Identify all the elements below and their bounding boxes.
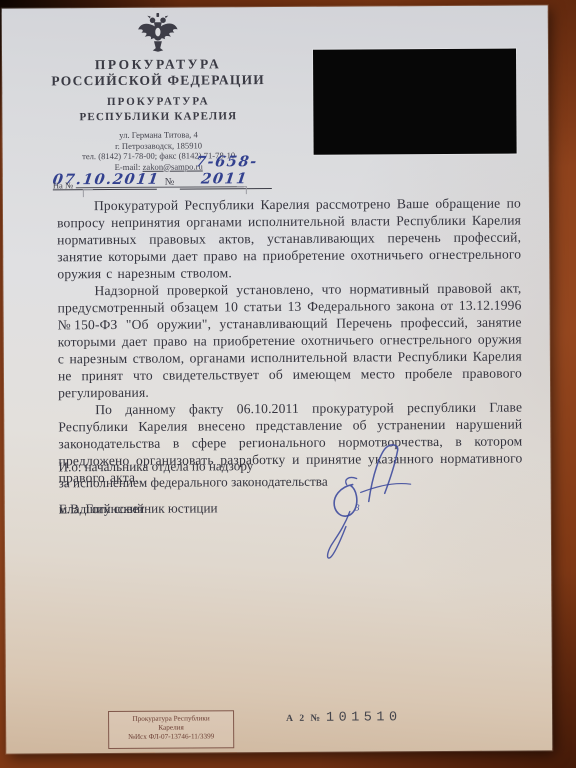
addressee-corner-mark-left	[83, 189, 93, 197]
sub-org-line1: ПРОКУРАТУРА	[38, 95, 278, 108]
signature-scribble: 3	[296, 440, 413, 565]
registry-stamp: Прокуратура Республики Карелия №Исх ФЛ-0…	[108, 710, 234, 749]
letter-body: Прокуратурой Республики Карелия рассмотр…	[57, 195, 523, 487]
org-name-line2: РОССИЙСКОЙ ФЕДЕРАЦИИ	[38, 72, 278, 88]
sub-org-line2: РЕСПУБЛИКИ КАРЕЛИЯ	[38, 110, 278, 123]
double-headed-eagle-crest-icon	[137, 12, 179, 54]
reference-rule	[76, 186, 244, 188]
form-number: 101510	[326, 710, 402, 725]
letterhead: ПРОКУРАТУРА РОССИЙСКОЙ ФЕДЕРАЦИИ ПРОКУРА…	[38, 11, 279, 172]
rank-name-row: младший советник юстиции Е.В. Гогунский	[59, 498, 525, 501]
signer-name: Е.В. Гогунский	[59, 501, 144, 517]
form-series: А 2 №	[286, 714, 322, 724]
position-line2: за исполнением федерального законодатель…	[59, 472, 525, 490]
redaction-box	[313, 49, 517, 155]
document-paper: ПРОКУРАТУРА РОССИЙСКОЙ ФЕДЕРАЦИИ ПРОКУРА…	[2, 5, 553, 753]
signoff-block: И.о. начальника отдела по надзору за исп…	[58, 456, 524, 501]
outgoing-dateline: 07.10.2011№7-658-2011	[53, 153, 323, 177]
addressee-corner-mark-right	[237, 186, 247, 194]
signature-mark: 3	[355, 503, 360, 512]
paragraph-2: Надзорной проверкой установлено, что нор…	[57, 280, 522, 402]
stamp-line3: №Исх ФЛ-07-13746-11/3399	[109, 733, 233, 743]
paragraph-1: Прокуратурой Республики Карелия рассмотр…	[57, 195, 522, 283]
reference-label: На №	[53, 180, 73, 190]
org-name-line1: ПРОКУРАТУРА	[38, 56, 278, 72]
form-number-block: А 2 № 101510	[286, 710, 416, 726]
